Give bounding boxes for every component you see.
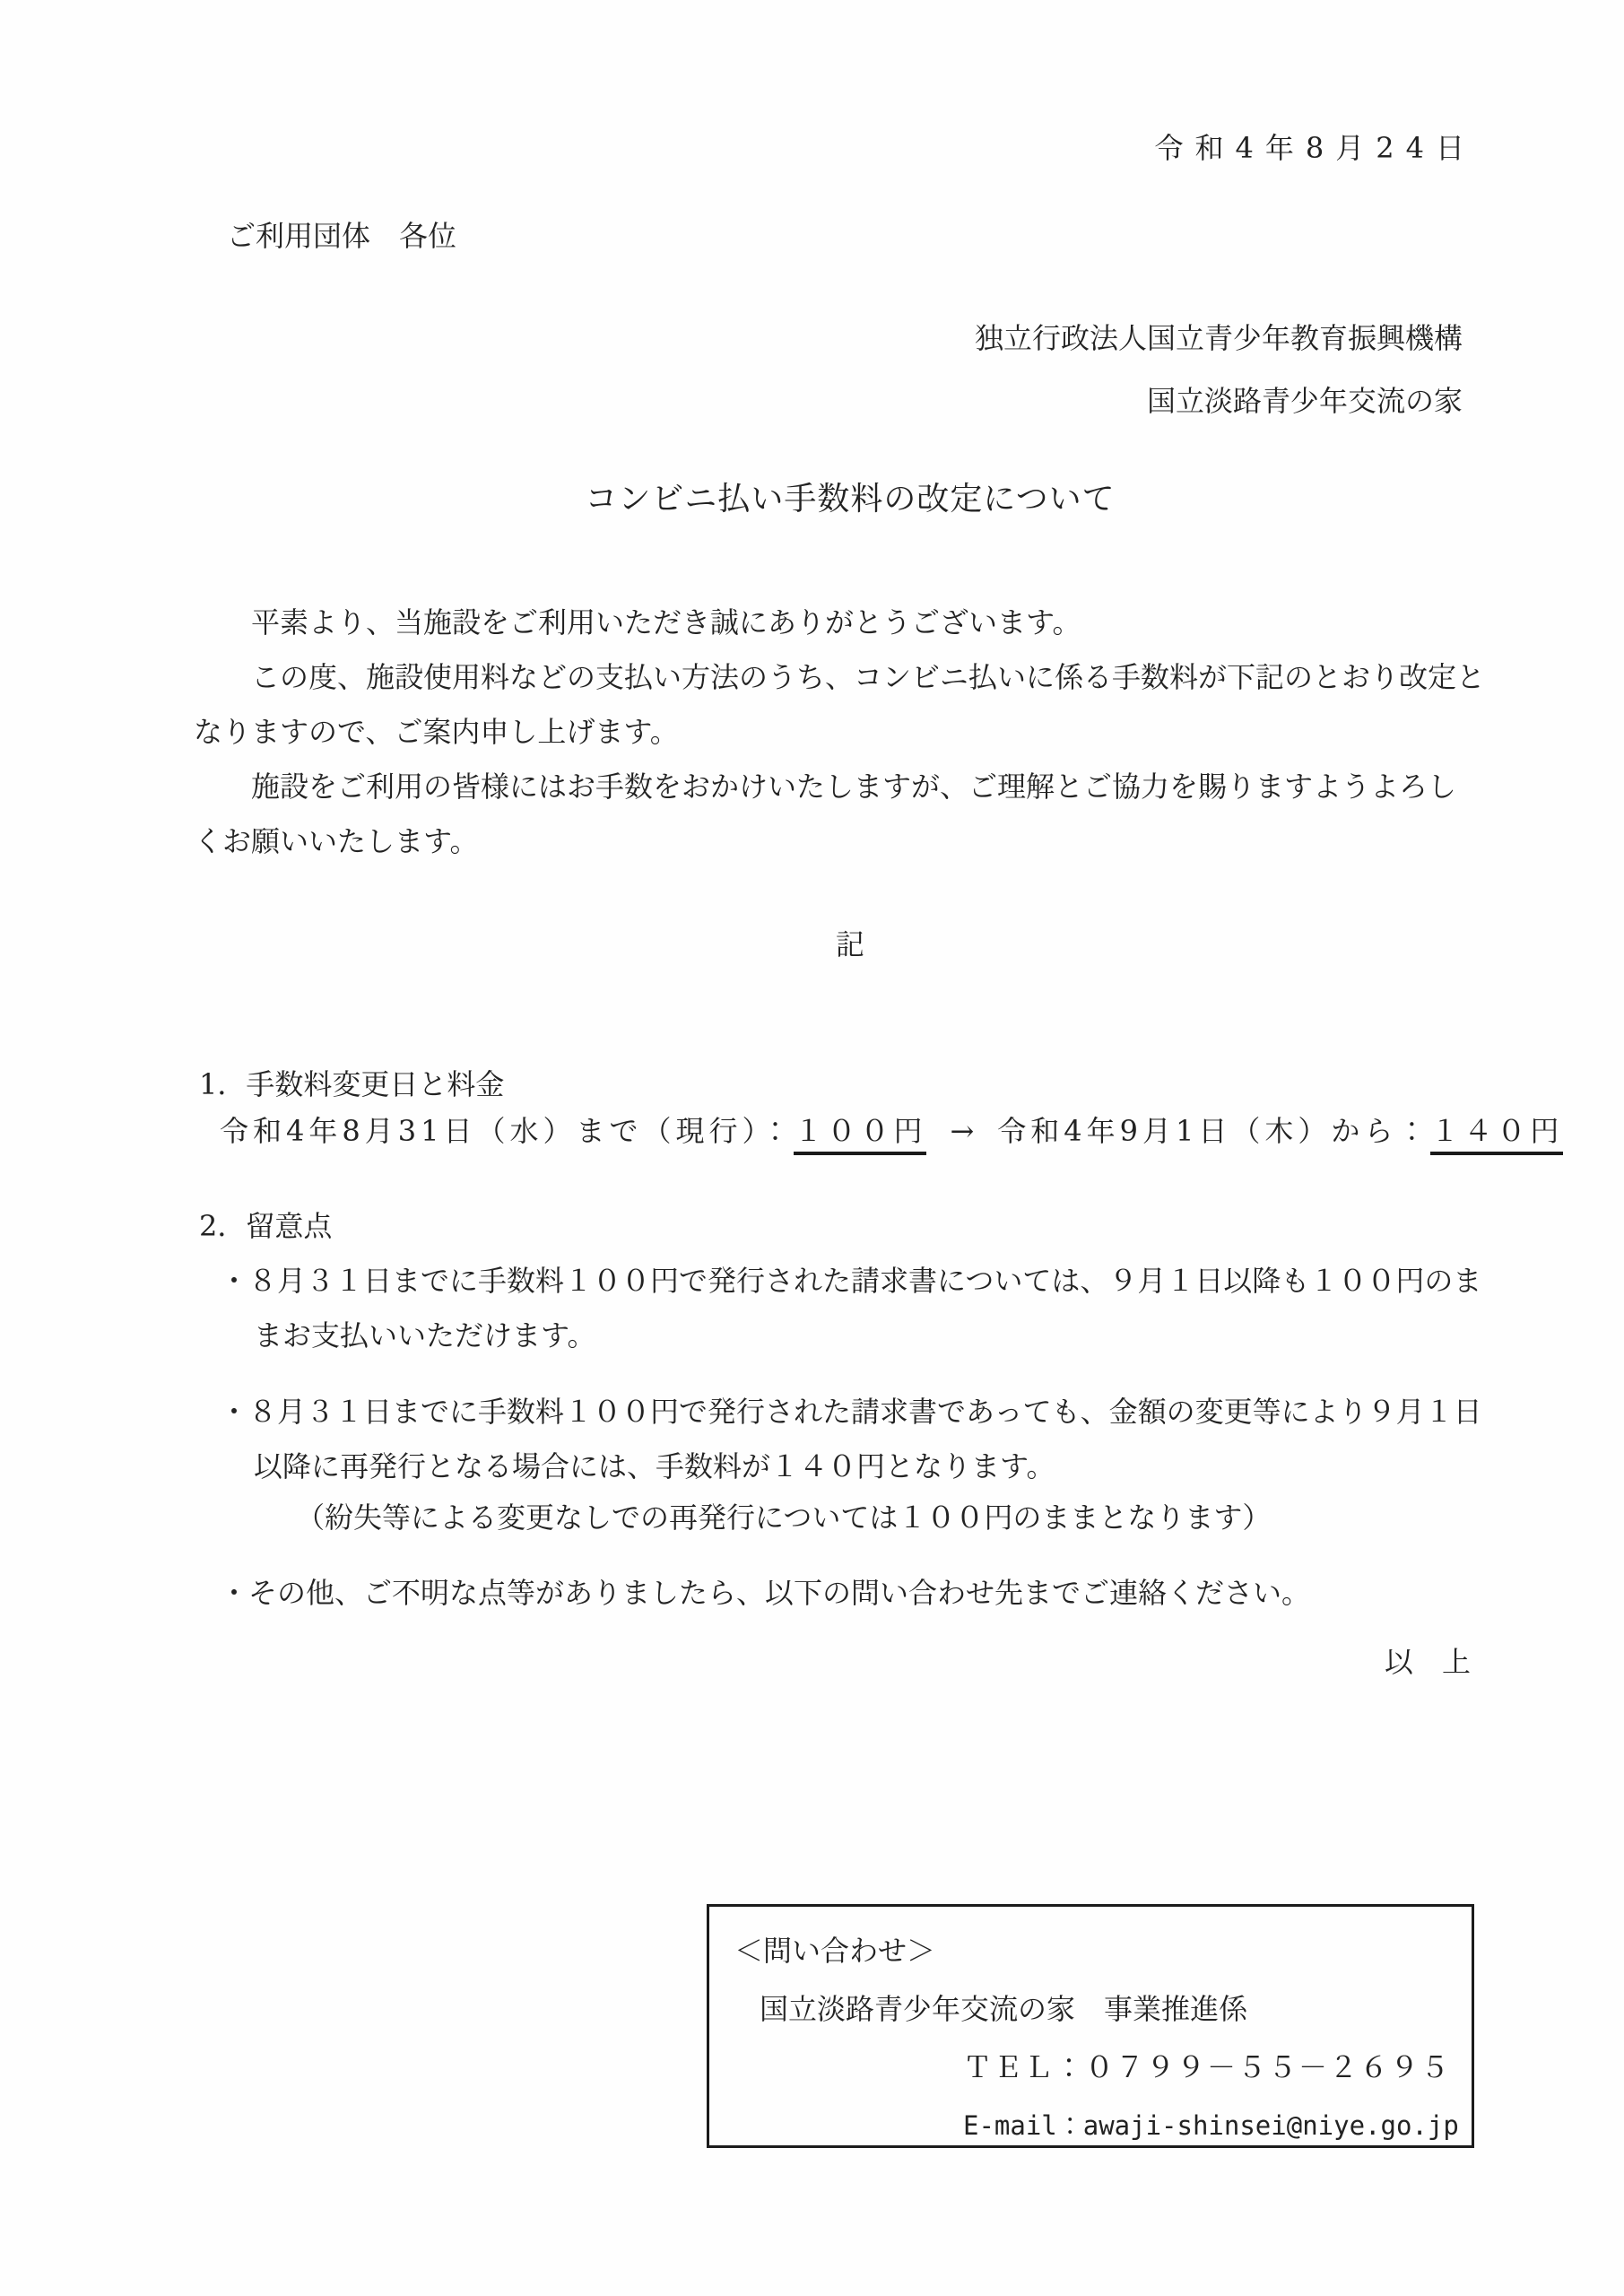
fee-before-label: 令和4年8月31日（水）まで（現行）： <box>220 1114 794 1148</box>
greeting-paragraph-3: 施設をご利用の皆様にはお手数をおかけいたしますが、ご理解とご協力を賜りますようよ… <box>194 760 1512 869</box>
section2-heading: 2．留意点 <box>199 1204 332 1245</box>
document-page: 令和4年8月24日 ご利用団体 各位 独立行政法人国立青少年教育振興機構 国立淡… <box>0 0 1624 2296</box>
note-bullet-3: ・その他、ご不明な点等がありましたら、以下の問い合わせ先までご連絡ください。 <box>220 1566 1310 1621</box>
reissue-note: （紛失等による変更なしでの再発行については１００円のままとなります） <box>296 1495 1271 1536</box>
greeting-paragraph-1: 平素より、当施設をご利用いただき誠にありがとうございます。 <box>194 596 1512 650</box>
document-title: コンビニ払い手数料の改定について <box>194 474 1507 519</box>
note-bullet-2: ・８月３１日までに手数料１００円で発行された請求書であっても、金額の変更等により… <box>220 1385 1482 1494</box>
fee-after-amount: １４０円 <box>1430 1114 1563 1155</box>
contact-tel: ＴＥＬ：０７９９－５５－２６９５ <box>963 2045 1451 2086</box>
fee-before-amount: １００円 <box>794 1114 926 1155</box>
record-marker: 記 <box>194 922 1507 963</box>
document-date: 令和4年8月24日 <box>1155 126 1476 167</box>
sender-block: 独立行政法人国立青少年教育振興機構 国立淡路青少年交流の家 <box>975 307 1463 432</box>
note-bullet-1: ・８月３１日までに手数料１００円で発行された請求書については、９月１日以降も１０… <box>220 1254 1481 1363</box>
greeting-paragraph-2: この度、施設使用料などの支払い方法のうち、コンビニ払いに係る手数料が下記のとおり… <box>194 650 1512 760</box>
contact-heading: ＜問い合わせ＞ <box>734 1928 935 1970</box>
sender-facility: 国立淡路青少年交流の家 <box>975 370 1463 432</box>
closing-marker: 以 上 <box>1385 1639 1471 1681</box>
fee-after-label: 令和4年9月1日（木）から： <box>997 1114 1430 1148</box>
greeting-body: 平素より、当施設をご利用いただき誠にありがとうございます。 この度、施設使用料な… <box>194 596 1512 869</box>
section1-heading: 1．手数料変更日と料金 <box>199 1062 504 1103</box>
addressee: ご利用団体 各位 <box>227 213 456 255</box>
contact-box: ＜問い合わせ＞ 国立淡路青少年交流の家 事業推進係 ＴＥＬ：０７９９－５５－２６… <box>707 1904 1474 2148</box>
fee-change-line: 令和4年8月31日（水）まで（現行）：１００円→令和4年9月1日（木）から：１４… <box>220 1109 1563 1150</box>
sender-organization: 独立行政法人国立青少年教育振興機構 <box>975 307 1463 370</box>
arrow-right-icon: → <box>950 1114 974 1148</box>
contact-department: 国立淡路青少年交流の家 事業推進係 <box>760 1987 1247 2028</box>
contact-email: E-mail：awaji-shinsei@niye.go.jp <box>963 2106 1459 2143</box>
